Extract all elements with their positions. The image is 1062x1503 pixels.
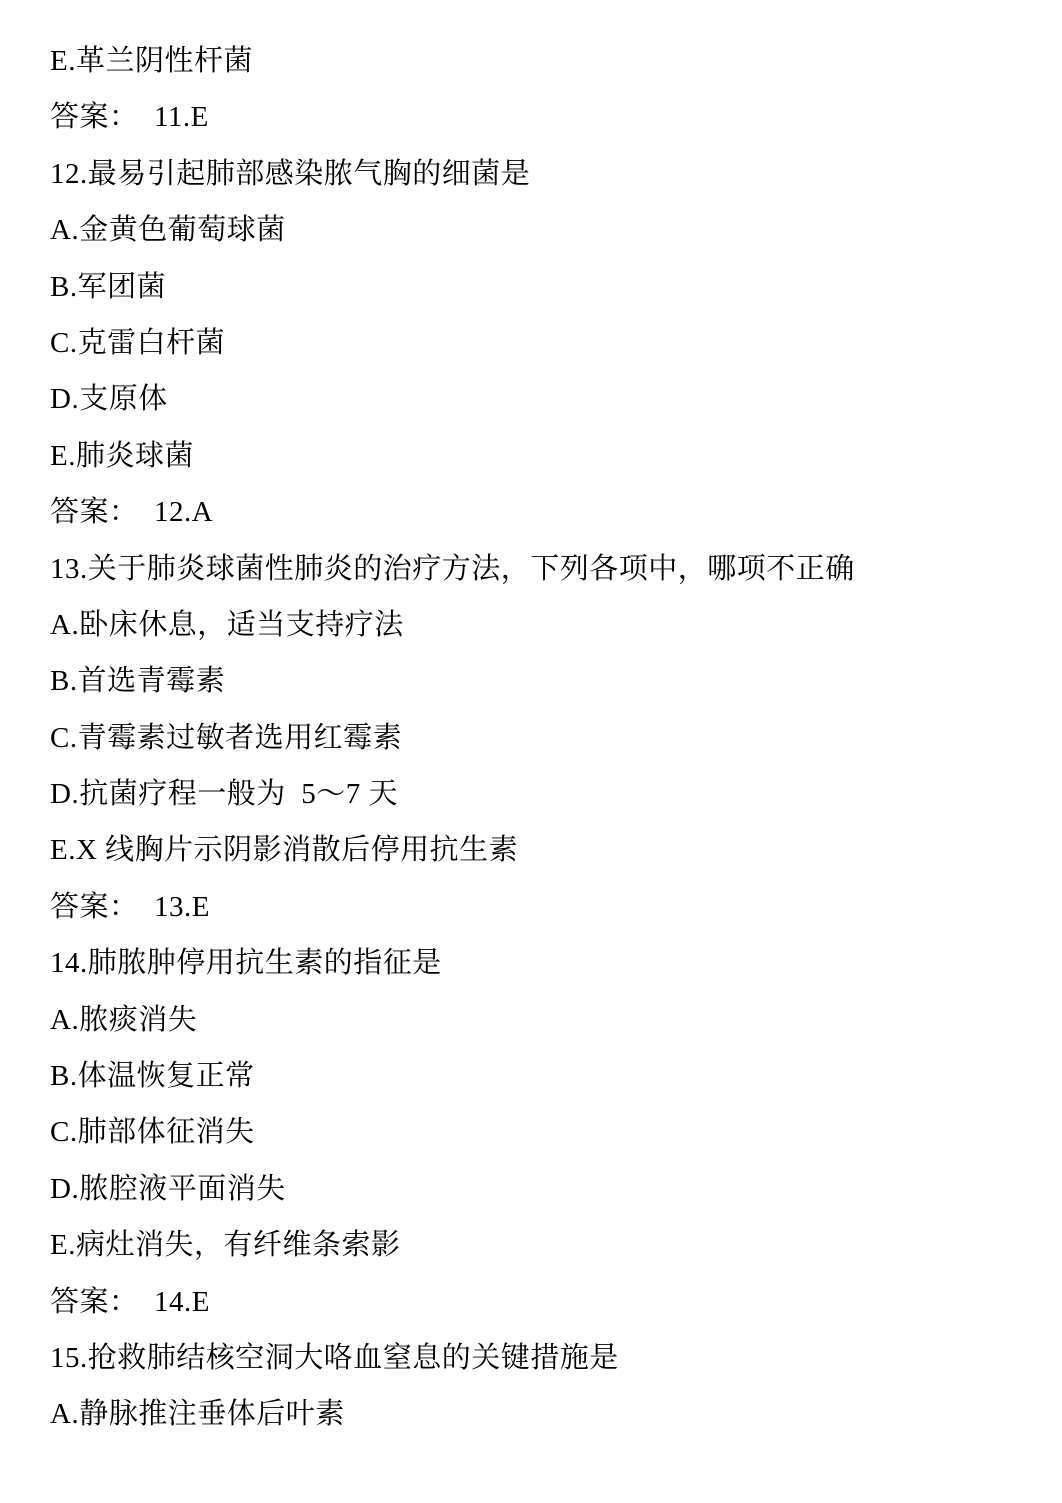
- option-line: E.肺炎球菌: [50, 428, 1022, 484]
- document-page: E.革兰阴性杆菌答案： 11.E12.最易引起肺部感染脓气胸的细菌是A.金黄色葡…: [0, 0, 1062, 1503]
- answer-line: 答案： 14.E: [50, 1274, 1022, 1330]
- option-line: D.抗菌疗程一般为 5～7 天: [50, 766, 1022, 822]
- answer-line: 答案： 12.A: [50, 484, 1022, 540]
- option-line: A.金黄色葡萄球菌: [50, 202, 1022, 258]
- option-line: C.青霉素过敏者选用红霉素: [50, 710, 1022, 766]
- option-line: D.支原体: [50, 371, 1022, 427]
- option-line: C.肺部体征消失: [50, 1104, 1022, 1160]
- option-line: D.脓腔液平面消失: [50, 1161, 1022, 1217]
- option-line: A.卧床休息，适当支持疗法: [50, 597, 1022, 653]
- option-line: A.静脉推注垂体后叶素: [50, 1386, 1022, 1442]
- option-line: B.首选青霉素: [50, 653, 1022, 709]
- option-line: B.体温恢复正常: [50, 1048, 1022, 1104]
- option-line: E.革兰阴性杆菌: [50, 33, 1022, 89]
- question-line: 12.最易引起肺部感染脓气胸的细菌是: [50, 146, 1022, 202]
- question-line: 14.肺脓肿停用抗生素的指征是: [50, 935, 1022, 991]
- answer-line: 答案： 11.E: [50, 89, 1022, 145]
- option-line: C.克雷白杆菌: [50, 315, 1022, 371]
- question-line: 15.抢救肺结核空洞大咯血窒息的关键措施是: [50, 1330, 1022, 1386]
- option-line: A.脓痰消失: [50, 992, 1022, 1048]
- option-line: E.病灶消失，有纤维条索影: [50, 1217, 1022, 1273]
- answer-line: 答案： 13.E: [50, 879, 1022, 935]
- question-line: 13.关于肺炎球菌性肺炎的治疗方法，下列各项中，哪项不正确: [50, 541, 1022, 597]
- text-lines: E.革兰阴性杆菌答案： 11.E12.最易引起肺部感染脓气胸的细菌是A.金黄色葡…: [50, 33, 1022, 1443]
- option-line: B.军团菌: [50, 259, 1022, 315]
- option-line: E.X 线胸片示阴影消散后停用抗生素: [50, 822, 1022, 878]
